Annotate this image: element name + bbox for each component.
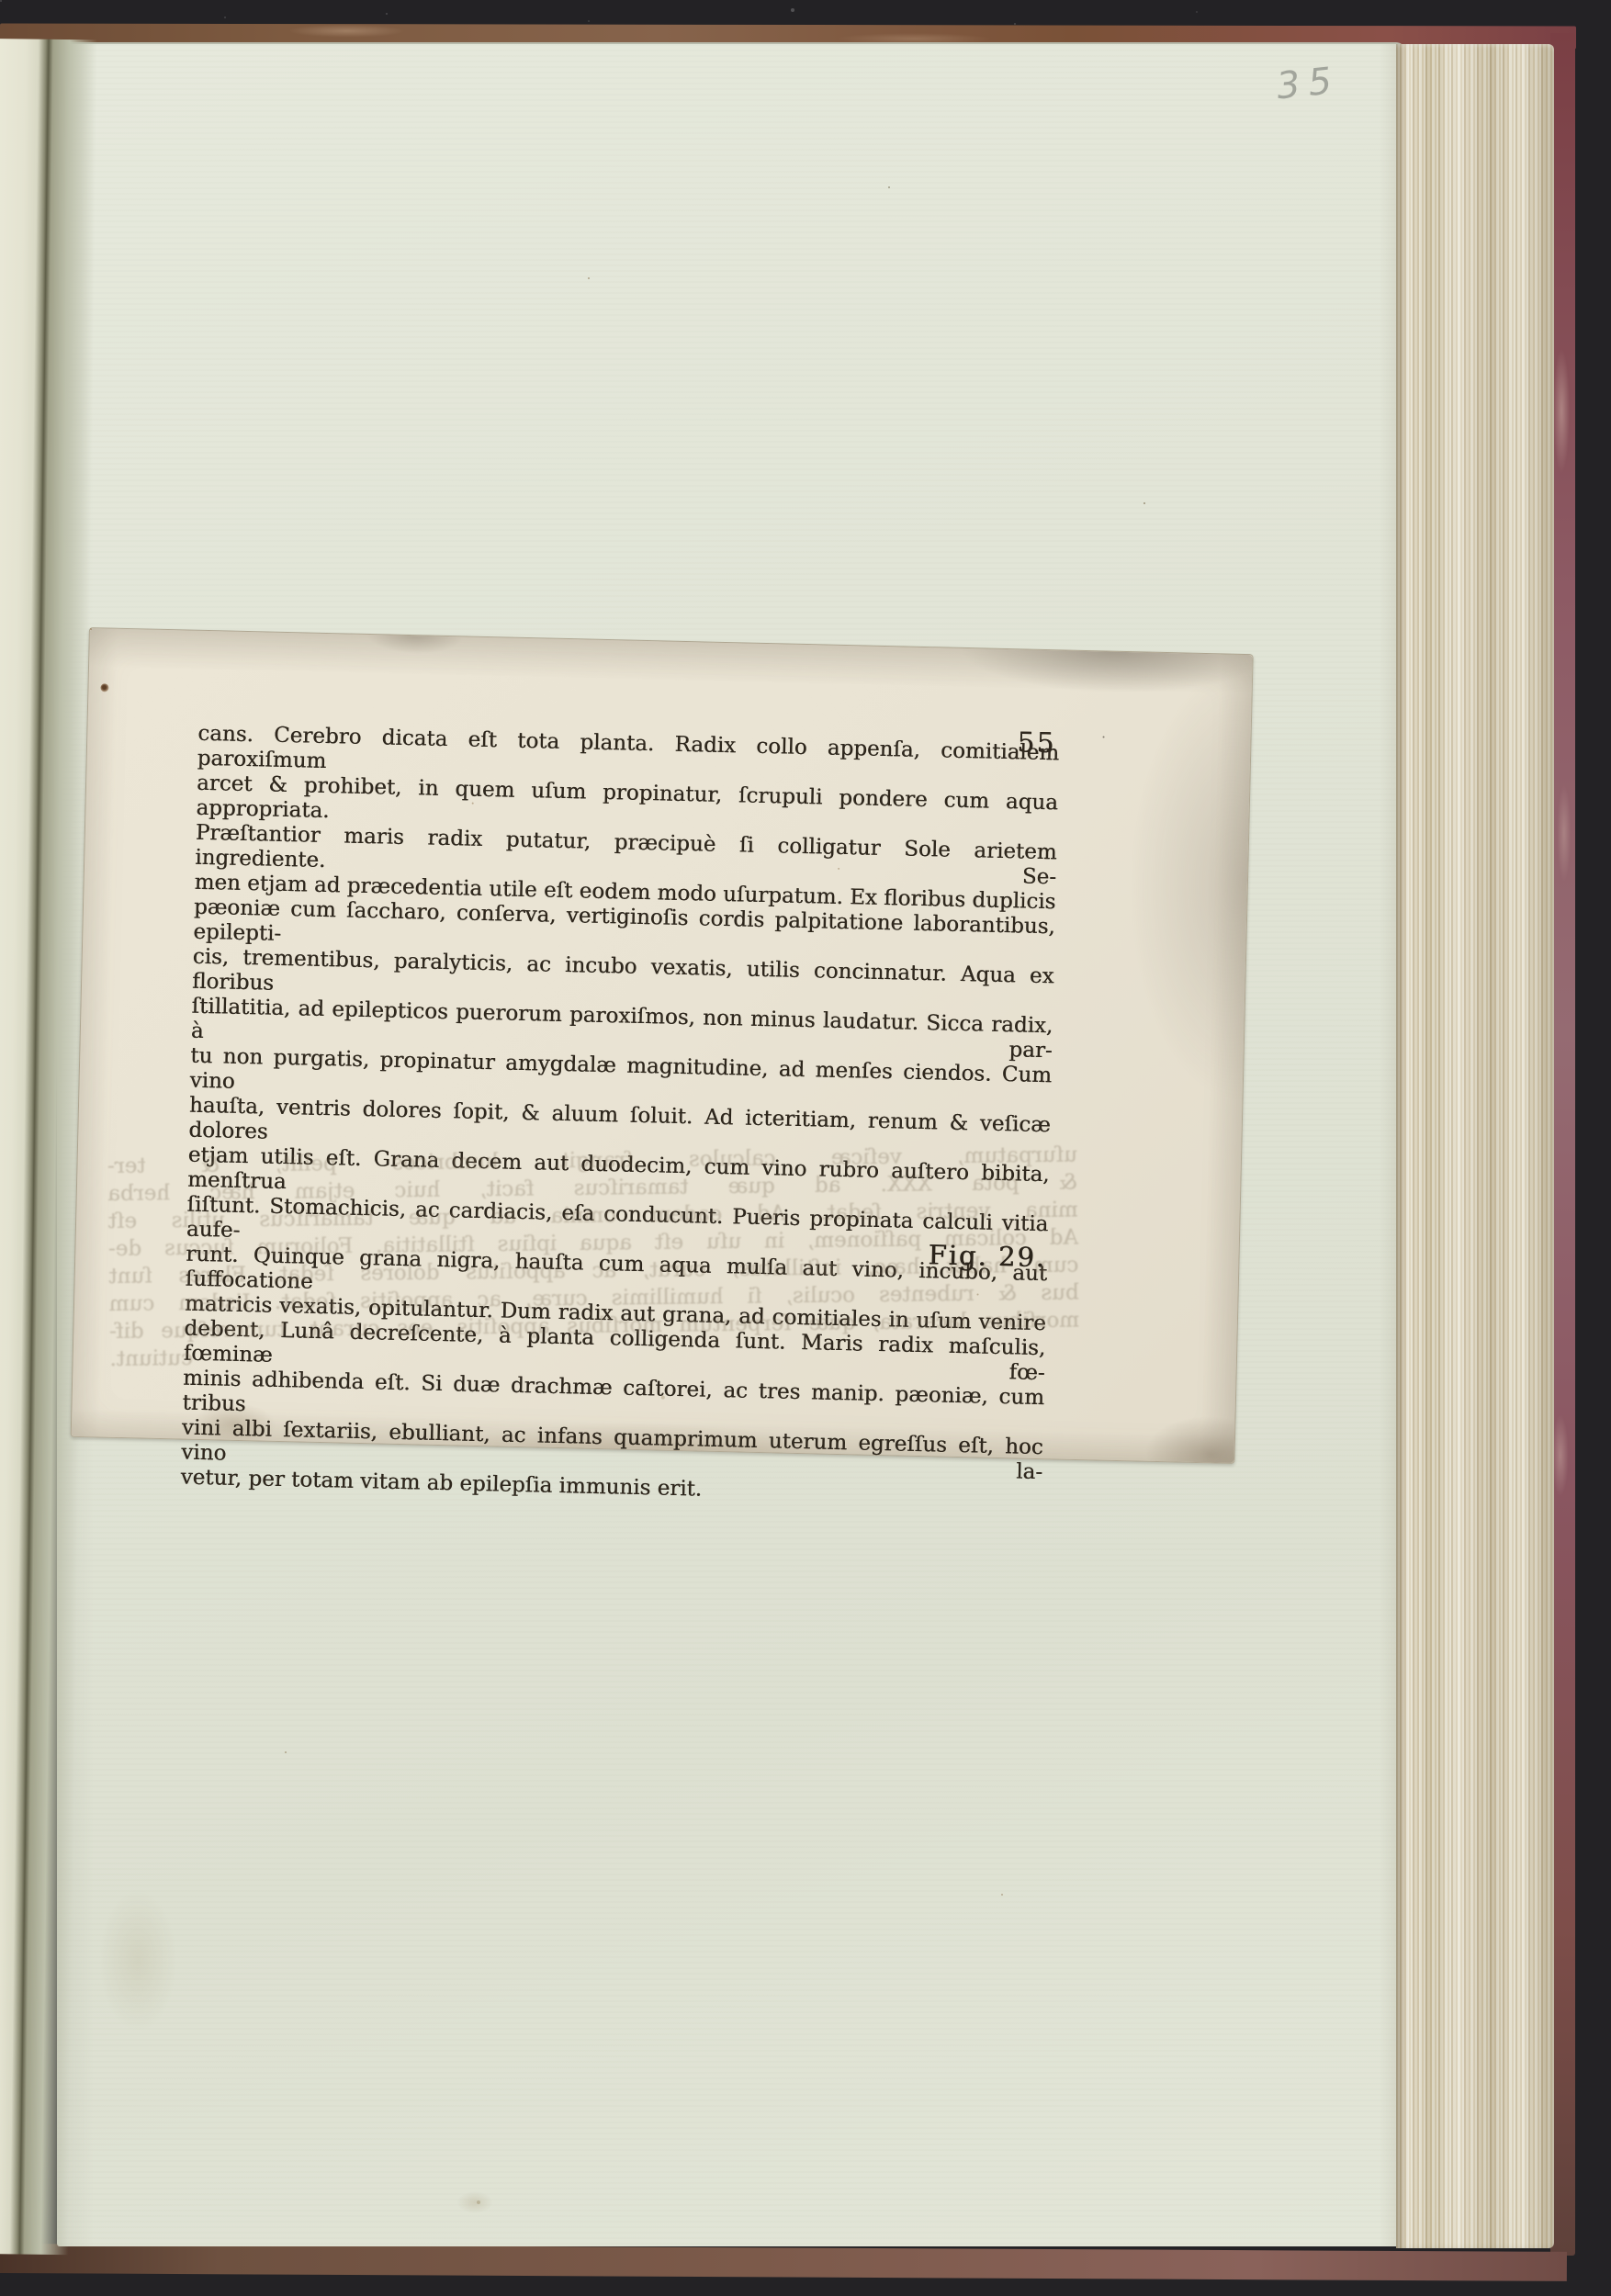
handwritten-folio-number: 35 xyxy=(1275,60,1342,108)
slip-foxing-specks xyxy=(90,628,92,630)
printed-text-block: cans. Cerebro dicata eſt tota planta. Ra… xyxy=(180,722,1059,1510)
book-cover-right-edge xyxy=(1550,33,1575,2256)
figure-caption: Fig. 29. xyxy=(928,1239,1046,1273)
wormhole xyxy=(100,683,108,692)
dust-specks xyxy=(0,0,2,2)
book-photograph: 35 55 cans. Cerebro dicata eſt tota plan… xyxy=(0,0,1611,2296)
pasted-printed-slip: 55 cans. Cerebro dicata eſt tota planta.… xyxy=(71,627,1254,1464)
book-cover-bottom-edge xyxy=(0,2244,1567,2281)
page-stack-fore-edge xyxy=(1396,44,1554,2248)
